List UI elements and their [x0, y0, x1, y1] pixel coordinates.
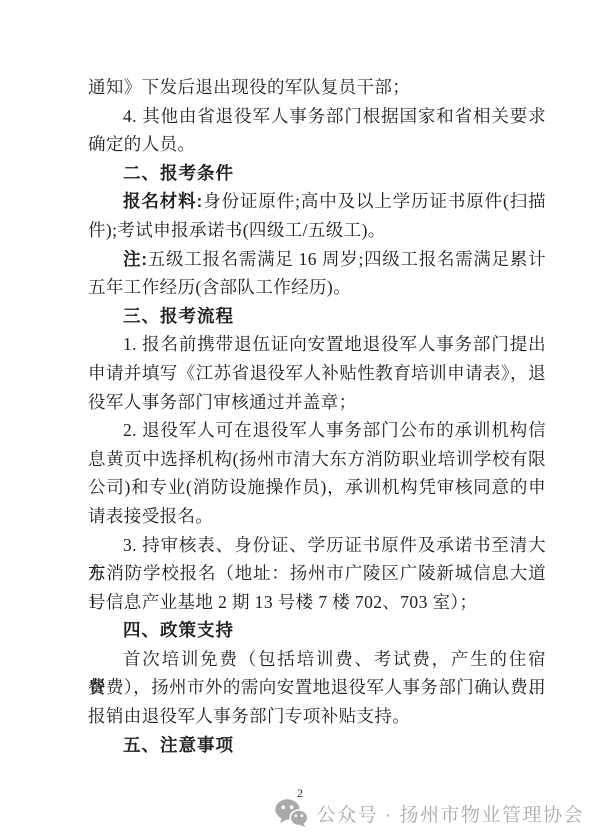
paragraph-line: 确定的人员。	[88, 130, 546, 159]
paragraph-line: 2. 退役军人可在退役军人事务部门公布的承训机构信	[88, 416, 546, 445]
paragraph-line: 五年工作经历(含部队工作经历)。	[88, 273, 546, 302]
section-heading: 二、报考条件	[88, 159, 546, 188]
paragraph-line: 报销由退役军人事务部门专项补贴支持。	[88, 702, 546, 731]
paragraph-line: 通知》下发后退出现役的军队复员干部；	[88, 73, 546, 102]
paragraph-line: 公司)和专业(消防设施操作员)，承训机构凭审核同意的申	[88, 473, 546, 502]
paragraph-line: 息黄页中选择机构(扬州市清大东方消防职业培训学校有限	[88, 445, 546, 474]
watermark-label: 公众号 · 扬州市物业管理协会	[317, 800, 584, 827]
paragraph-line: 役军人事务部门审核通过并盖章；	[88, 388, 546, 417]
paragraph-line: 1. 报名前携带退伍证向安置地退役军人事务部门提出	[88, 330, 546, 359]
paragraph-line: 4. 其他由省退役军人事务部门根据国家和省相关要求	[88, 102, 546, 131]
wechat-icon	[275, 799, 308, 827]
watermark: 公众号 · 扬州市物业管理协会	[275, 799, 584, 827]
paragraph-line: 餐费），扬州市外的需向安置地退役军人事务部门确认费用	[88, 673, 546, 702]
paragraph-line: 3. 持审核表、身份证、学历证书原件及承诺书至清大东	[88, 531, 546, 560]
paragraph-line: 首次培训免费（包括培训费、考试费，产生的住宿费、	[88, 645, 546, 674]
document-body: 通知》下发后退出现役的军队复员干部； 4. 其他由省退役军人事务部门根据国家和省…	[88, 73, 546, 759]
paragraph-line: 申请并填写《江苏省退役军人补贴性教育培训申请表》，退	[88, 359, 546, 388]
bold-label: 报名材料:	[123, 191, 203, 211]
bold-label: 注:	[123, 249, 147, 269]
paragraph-line: 件);考试申报承诺书(四级工/五级工)。	[88, 216, 546, 245]
paragraph-line: 请表接受报名。	[88, 502, 546, 531]
paragraph-text: 身份证原件;高中及以上学历证书原件(扫描	[203, 191, 546, 211]
paragraph-line: 注:五级工报名需满足 16 周岁;四级工报名需满足累计	[88, 245, 546, 274]
section-heading: 四、政策支持	[88, 616, 546, 645]
section-heading: 三、报考流程	[88, 302, 546, 331]
paragraph-line: 报名材料:身份证原件;高中及以上学历证书原件(扫描	[88, 187, 546, 216]
paragraph-line: 方消防学校报名（地址：扬州市广陵区广陵新城信息大道 1	[88, 559, 546, 588]
document-page: 通知》下发后退出现役的军队复员干部； 4. 其他由省退役军人事务部门根据国家和省…	[0, 0, 600, 838]
paragraph-line: 号信息产业基地 2 期 13 号楼 7 楼 702、703 室）；	[88, 588, 546, 617]
section-heading: 五、注意事项	[88, 731, 546, 760]
paragraph-text: 五级工报名需满足 16 周岁;四级工报名需满足累计	[147, 249, 546, 269]
